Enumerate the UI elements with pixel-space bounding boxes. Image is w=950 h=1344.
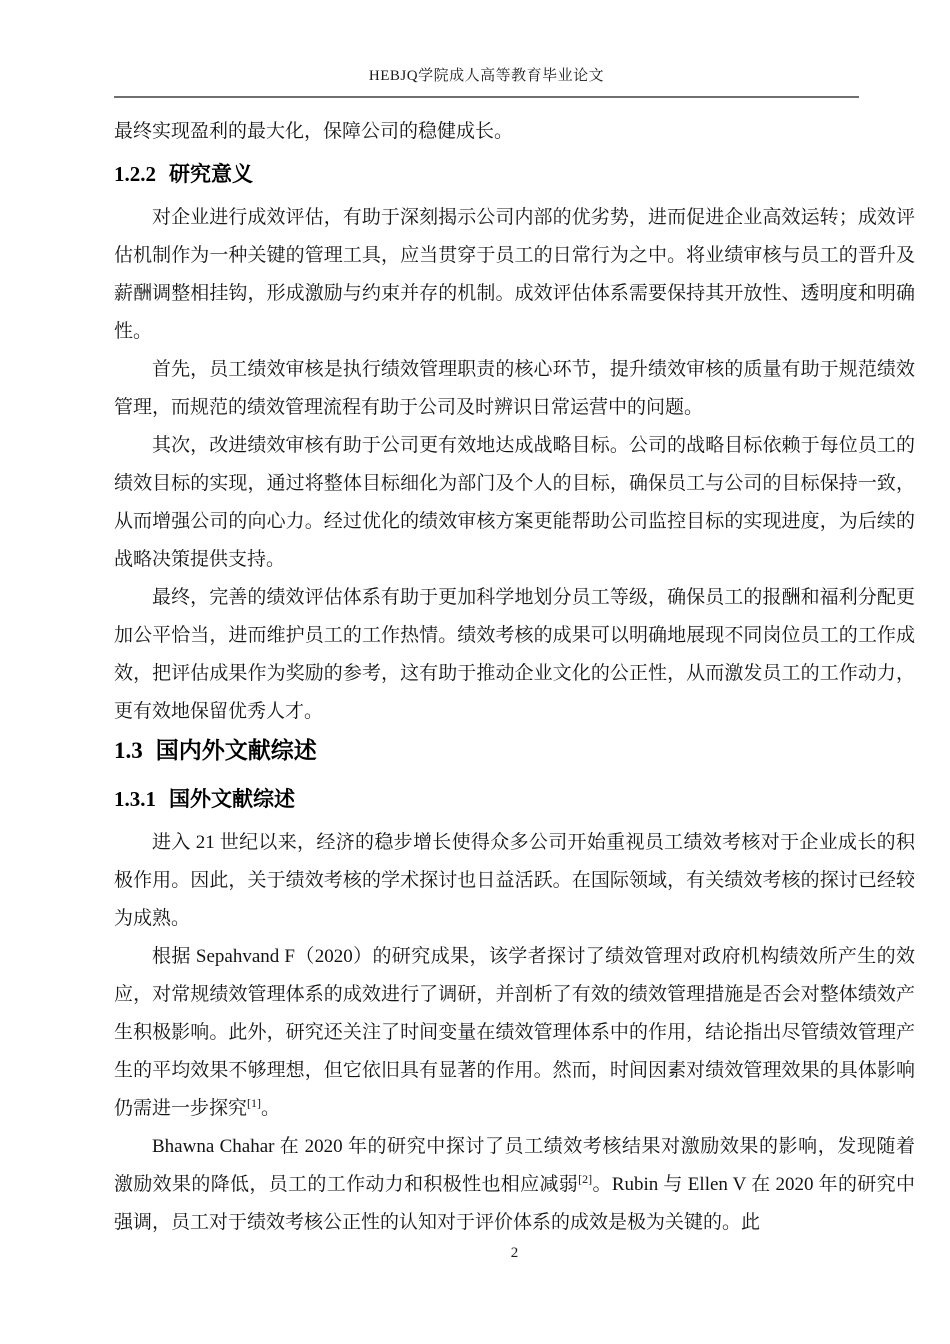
section-number: 1.3.1 <box>114 787 156 811</box>
page-number: 2 <box>511 1245 519 1261</box>
paragraph-chahar: Bhawna Chahar 在 2020 年的研究中探讨了员工绩效考核结果对激励… <box>114 1128 915 1242</box>
page-header-title: HEBJQ学院成人高等教育毕业论文 <box>114 66 859 86</box>
section-heading-1-3: 1.3国内外文献综述 <box>114 735 915 766</box>
section-heading-1-2-2: 1.2.2研究意义 <box>114 160 915 189</box>
section-heading-1-3-1: 1.3.1国外文献综述 <box>114 784 915 815</box>
paragraph-foreign-intro: 进入 21 世纪以来，经济的稳步增长使得众多公司开始重视员工绩效考核对于企业成长… <box>114 824 915 938</box>
header-divider <box>114 96 859 98</box>
section-title: 研究意义 <box>169 163 253 186</box>
citation-marker-2: [2] <box>578 1172 592 1186</box>
section-title: 国外文献综述 <box>169 788 295 811</box>
page-footer: 2 <box>114 1245 915 1261</box>
thesis-page: HEBJQ学院成人高等教育毕业论文 最终实现盈利的最大化，保障公司的稳健成长。 … <box>0 0 950 1344</box>
paragraph-significance-final: 最终，完善的绩效评估体系有助于更加科学地划分员工等级，确保员工的报酬和福利分配更… <box>114 579 915 731</box>
document-content: 最终实现盈利的最大化，保障公司的稳健成长。 1.2.2研究意义 对企业进行成效评… <box>114 113 915 1242</box>
paragraph-text: 。 <box>261 1098 280 1119</box>
paragraph-significance-intro: 对企业进行成效评估，有助于深刻揭示公司内部的优劣势，进而促进企业高效运转；成效评… <box>114 199 915 351</box>
paragraph-significance-first: 首先，员工绩效审核是执行绩效管理职责的核心环节，提升绩效审核的质量有助于规范绩效… <box>114 351 915 427</box>
paragraph-significance-second: 其次，改进绩效审核有助于公司更有效地达成战略目标。公司的战略目标依赖于每位员工的… <box>114 427 915 579</box>
section-number: 1.2.2 <box>114 162 156 186</box>
section-title: 国内外文献综述 <box>156 737 317 763</box>
paragraph-carryover: 最终实现盈利的最大化，保障公司的稳健成长。 <box>114 113 915 151</box>
paragraph-sepahvand: 根据 Sepahvand F（2020）的研究成果，该学者探讨了绩效管理对政府机… <box>114 938 915 1128</box>
section-number: 1.3 <box>114 738 143 763</box>
paragraph-text: 根据 Sepahvand F（2020）的研究成果，该学者探讨了绩效管理对政府机… <box>114 946 915 1119</box>
citation-marker-1: [1] <box>247 1096 261 1110</box>
